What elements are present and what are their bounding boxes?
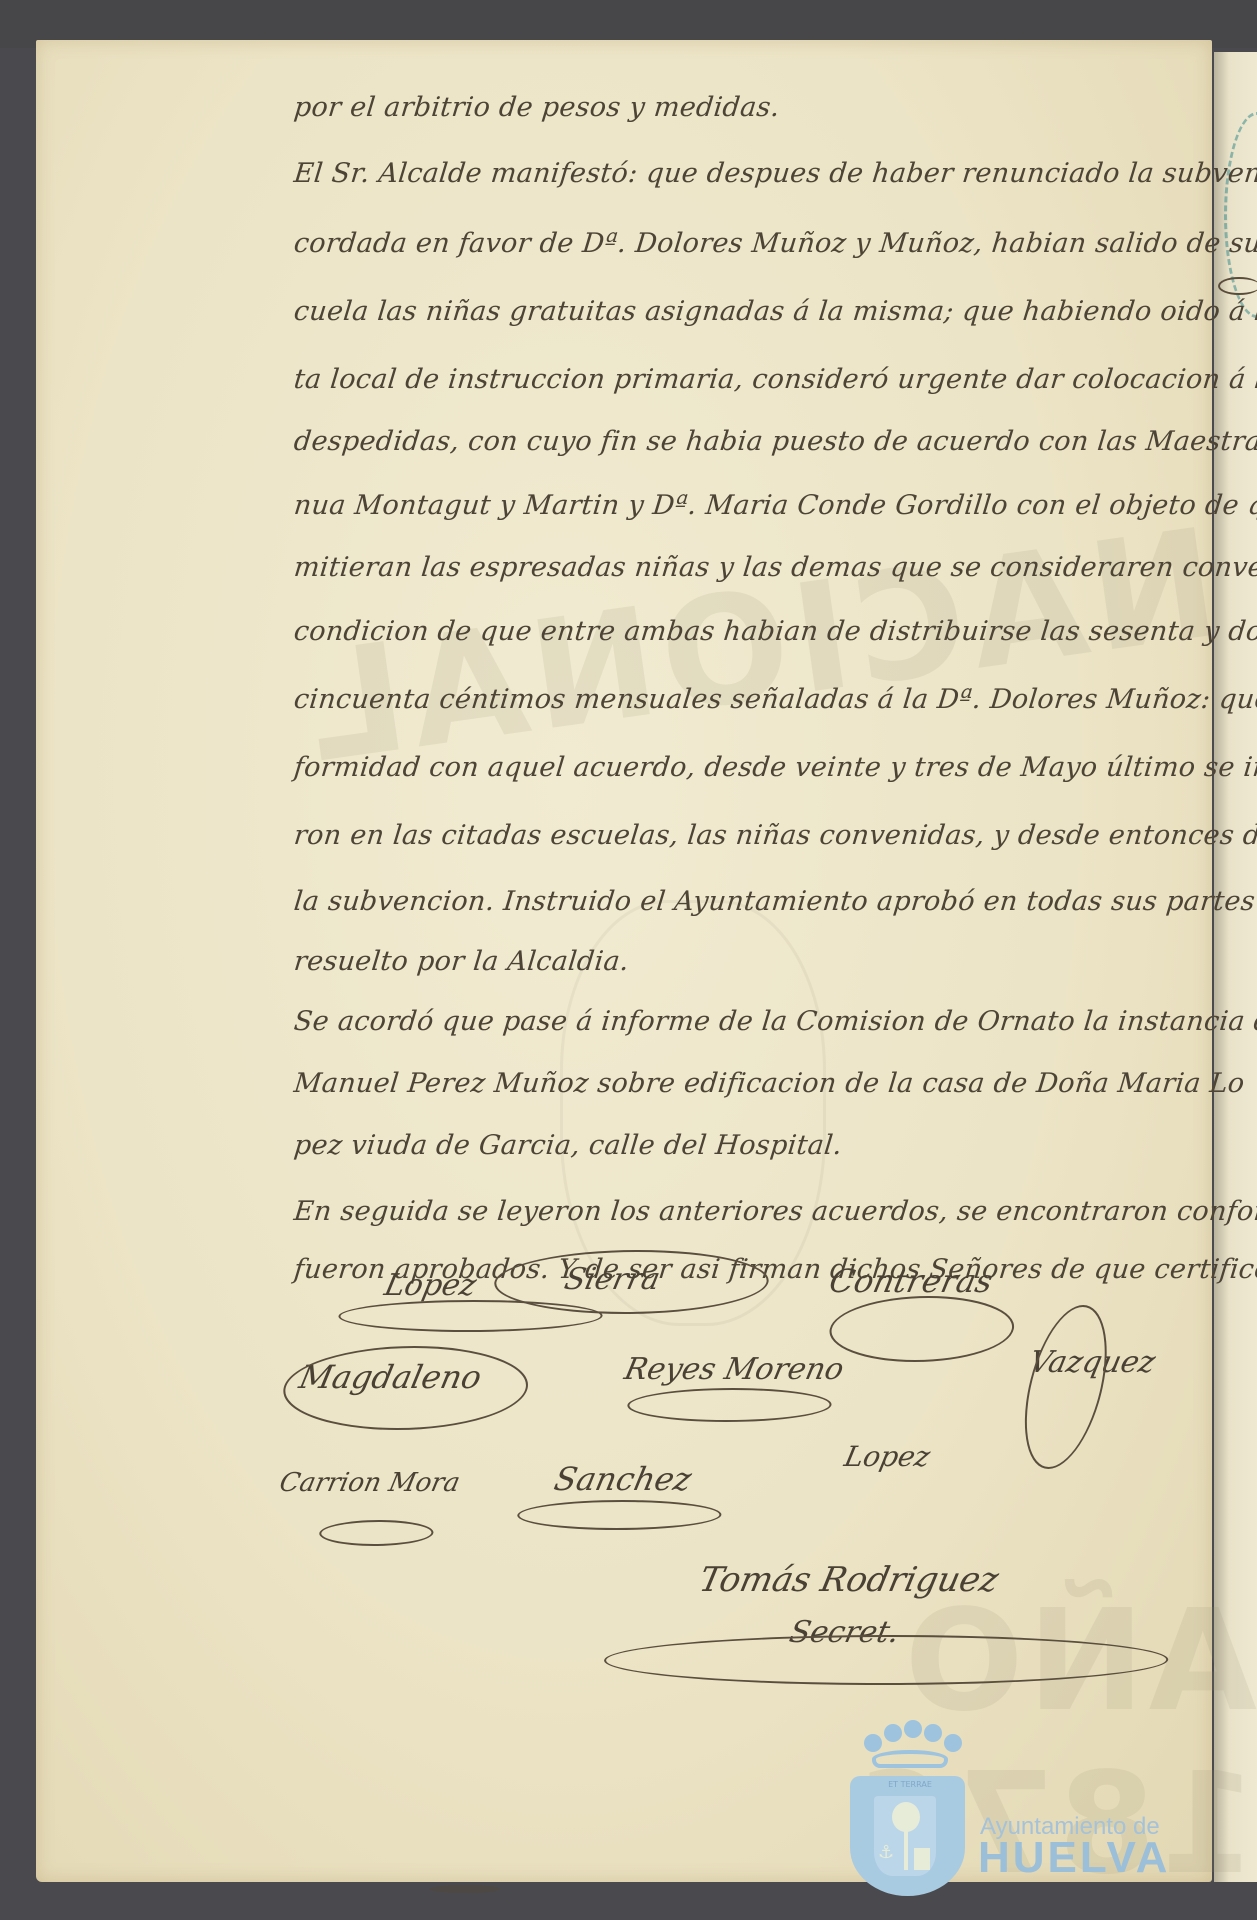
signature-lopez: Lopez [381, 1268, 479, 1303]
body-line: mitieran las espresadas niñas y las dema… [292, 552, 1257, 583]
body-line: por el arbitrio de pesos y medidas. [292, 92, 781, 123]
body-line: formidad con aquel acuerdo, desde veinte… [292, 752, 1257, 783]
body-line: nua Montagut y Martin y Dª. Maria Conde … [292, 490, 1257, 521]
ink-smudge [430, 1885, 500, 1893]
logo-text-huelva: HUELVA [978, 1836, 1170, 1880]
body-line: Se acordó que pase á informe de la Comis… [292, 1006, 1257, 1037]
signature-tomas-rodriguez: Tomás Rodriguez [696, 1560, 1002, 1600]
signature-sierra: Sierra [561, 1262, 663, 1297]
body-line: En seguida se leyeron los anteriores acu… [292, 1196, 1257, 1227]
body-line: Manuel Perez Muñoz sobre edificacion de … [292, 1068, 1246, 1099]
signature-secretary: Secret. [786, 1615, 902, 1650]
body-line: ron en las citadas escuelas, las niñas c… [292, 820, 1257, 851]
body-line: cuela las niñas gratuitas asignadas á la… [292, 296, 1257, 327]
body-line: resuelto por la Alcaldia. [292, 946, 630, 977]
body-line: pez viuda de Garcia, calle del Hospital. [292, 1130, 843, 1161]
tree-icon [892, 1802, 920, 1832]
crown-icon [860, 1718, 960, 1770]
signature-vazquez: Vazquez [1026, 1345, 1158, 1380]
coat-of-arms-shield-icon: ET TERRAE ⚓ [850, 1776, 965, 1896]
body-line: condicion de que entre ambas habian de d… [292, 616, 1257, 647]
body-line: la subvencion. Instruido el Ayuntamiento… [292, 886, 1256, 917]
body-line: El Sr. Alcalde manifestó: que despues de… [292, 158, 1257, 189]
signature-carrion-mora: Carrion Mora [277, 1468, 463, 1498]
body-line: despedidas, con cuyo fin se habia puesto… [292, 426, 1257, 457]
signature-reyes-moreno: Reyes Moreno [621, 1352, 847, 1387]
signature-sanchez: Sanchez [551, 1460, 695, 1498]
body-line: ta local de instruccion primaria, consid… [292, 364, 1257, 395]
signature-lopez-2: Lopez [841, 1440, 933, 1473]
body-line: cincuenta céntimos mensuales señaladas á… [292, 684, 1257, 715]
anchor-icon: ⚓ [878, 1842, 894, 1863]
tower-icon [914, 1848, 930, 1870]
body-line: cordada en favor de Dª. Dolores Muñoz y … [292, 228, 1257, 259]
ink-flourish [1218, 277, 1257, 295]
signature-contreras: Contreras [826, 1262, 996, 1300]
huelva-city-logo: ET TERRAE ⚓ Ayuntamiento de HUELVA [850, 1718, 1190, 1888]
signature-magdaleno: Magdaleno [296, 1358, 485, 1396]
